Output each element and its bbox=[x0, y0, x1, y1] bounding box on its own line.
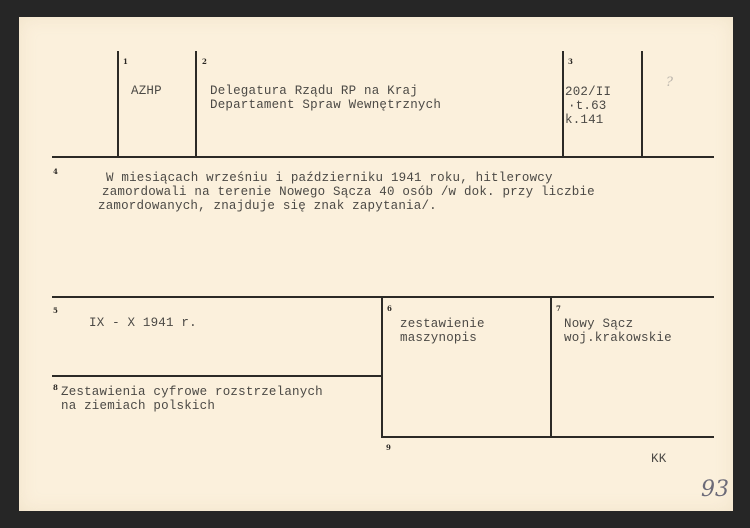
field-7-number: 7 bbox=[556, 304, 561, 313]
divider-v5 bbox=[381, 296, 383, 437]
field-3-signature-line-2: ·t.63 bbox=[568, 100, 607, 113]
divider-v4 bbox=[641, 51, 643, 158]
field-4-number: 4 bbox=[53, 167, 58, 176]
field-1-number: 1 bbox=[123, 57, 128, 66]
divider-h-top bbox=[52, 156, 714, 158]
field-3-number: 3 bbox=[568, 57, 573, 66]
divider-h-bottom bbox=[381, 436, 714, 438]
field-7-place-line-2: woj.krakowskie bbox=[564, 332, 672, 345]
field-4-description-line-1: W miesiącach wrześniu i październiku 194… bbox=[106, 172, 553, 185]
field-5-date: IX - X 1941 r. bbox=[89, 317, 197, 330]
field-1-archive: AZHP bbox=[131, 85, 162, 98]
divider-v1 bbox=[117, 51, 119, 158]
field-7-place-line-1: Nowy Sącz bbox=[564, 318, 633, 331]
field-6-type-line-1: zestawienie bbox=[400, 318, 485, 331]
field-6-number: 6 bbox=[387, 304, 392, 313]
handwritten-page-number: 93 bbox=[701, 477, 729, 502]
divider-v6 bbox=[550, 296, 552, 437]
field-2-creator-line-1: Delegatura Rządu RP na Kraj bbox=[210, 85, 418, 98]
field-9-initials: KK bbox=[651, 453, 666, 466]
field-9-number: 9 bbox=[386, 443, 391, 452]
field-8-title-line-1: Zestawienia cyfrowe rozstrzelanych bbox=[61, 386, 323, 399]
pencil-mark: ? bbox=[666, 75, 673, 90]
field-8-title-line-2: na ziemiach polskich bbox=[61, 400, 215, 413]
field-3-signature-line-1: 202/II bbox=[565, 86, 611, 99]
field-3-signature-line-3: k.141 bbox=[565, 114, 604, 127]
divider-h-middle bbox=[52, 296, 714, 298]
field-5-number: 5 bbox=[53, 306, 58, 315]
field-2-creator-line-2: Departament Spraw Wewnętrznych bbox=[210, 99, 441, 112]
divider-v2 bbox=[195, 51, 197, 158]
field-8-number: 8 bbox=[53, 383, 58, 392]
field-4-description-line-3: zamordowanych, znajduje się znak zapytan… bbox=[98, 200, 437, 213]
divider-v3 bbox=[562, 51, 564, 158]
divider-h-left-lower bbox=[52, 375, 382, 377]
field-6-type-line-2: maszynopis bbox=[400, 332, 477, 345]
field-4-description-line-2: zamordowali na terenie Nowego Sącza 40 o… bbox=[102, 186, 595, 199]
field-2-number: 2 bbox=[202, 57, 207, 66]
archive-index-card: 1 AZHP 2 Delegatura Rządu RP na Kraj Dep… bbox=[19, 17, 733, 511]
